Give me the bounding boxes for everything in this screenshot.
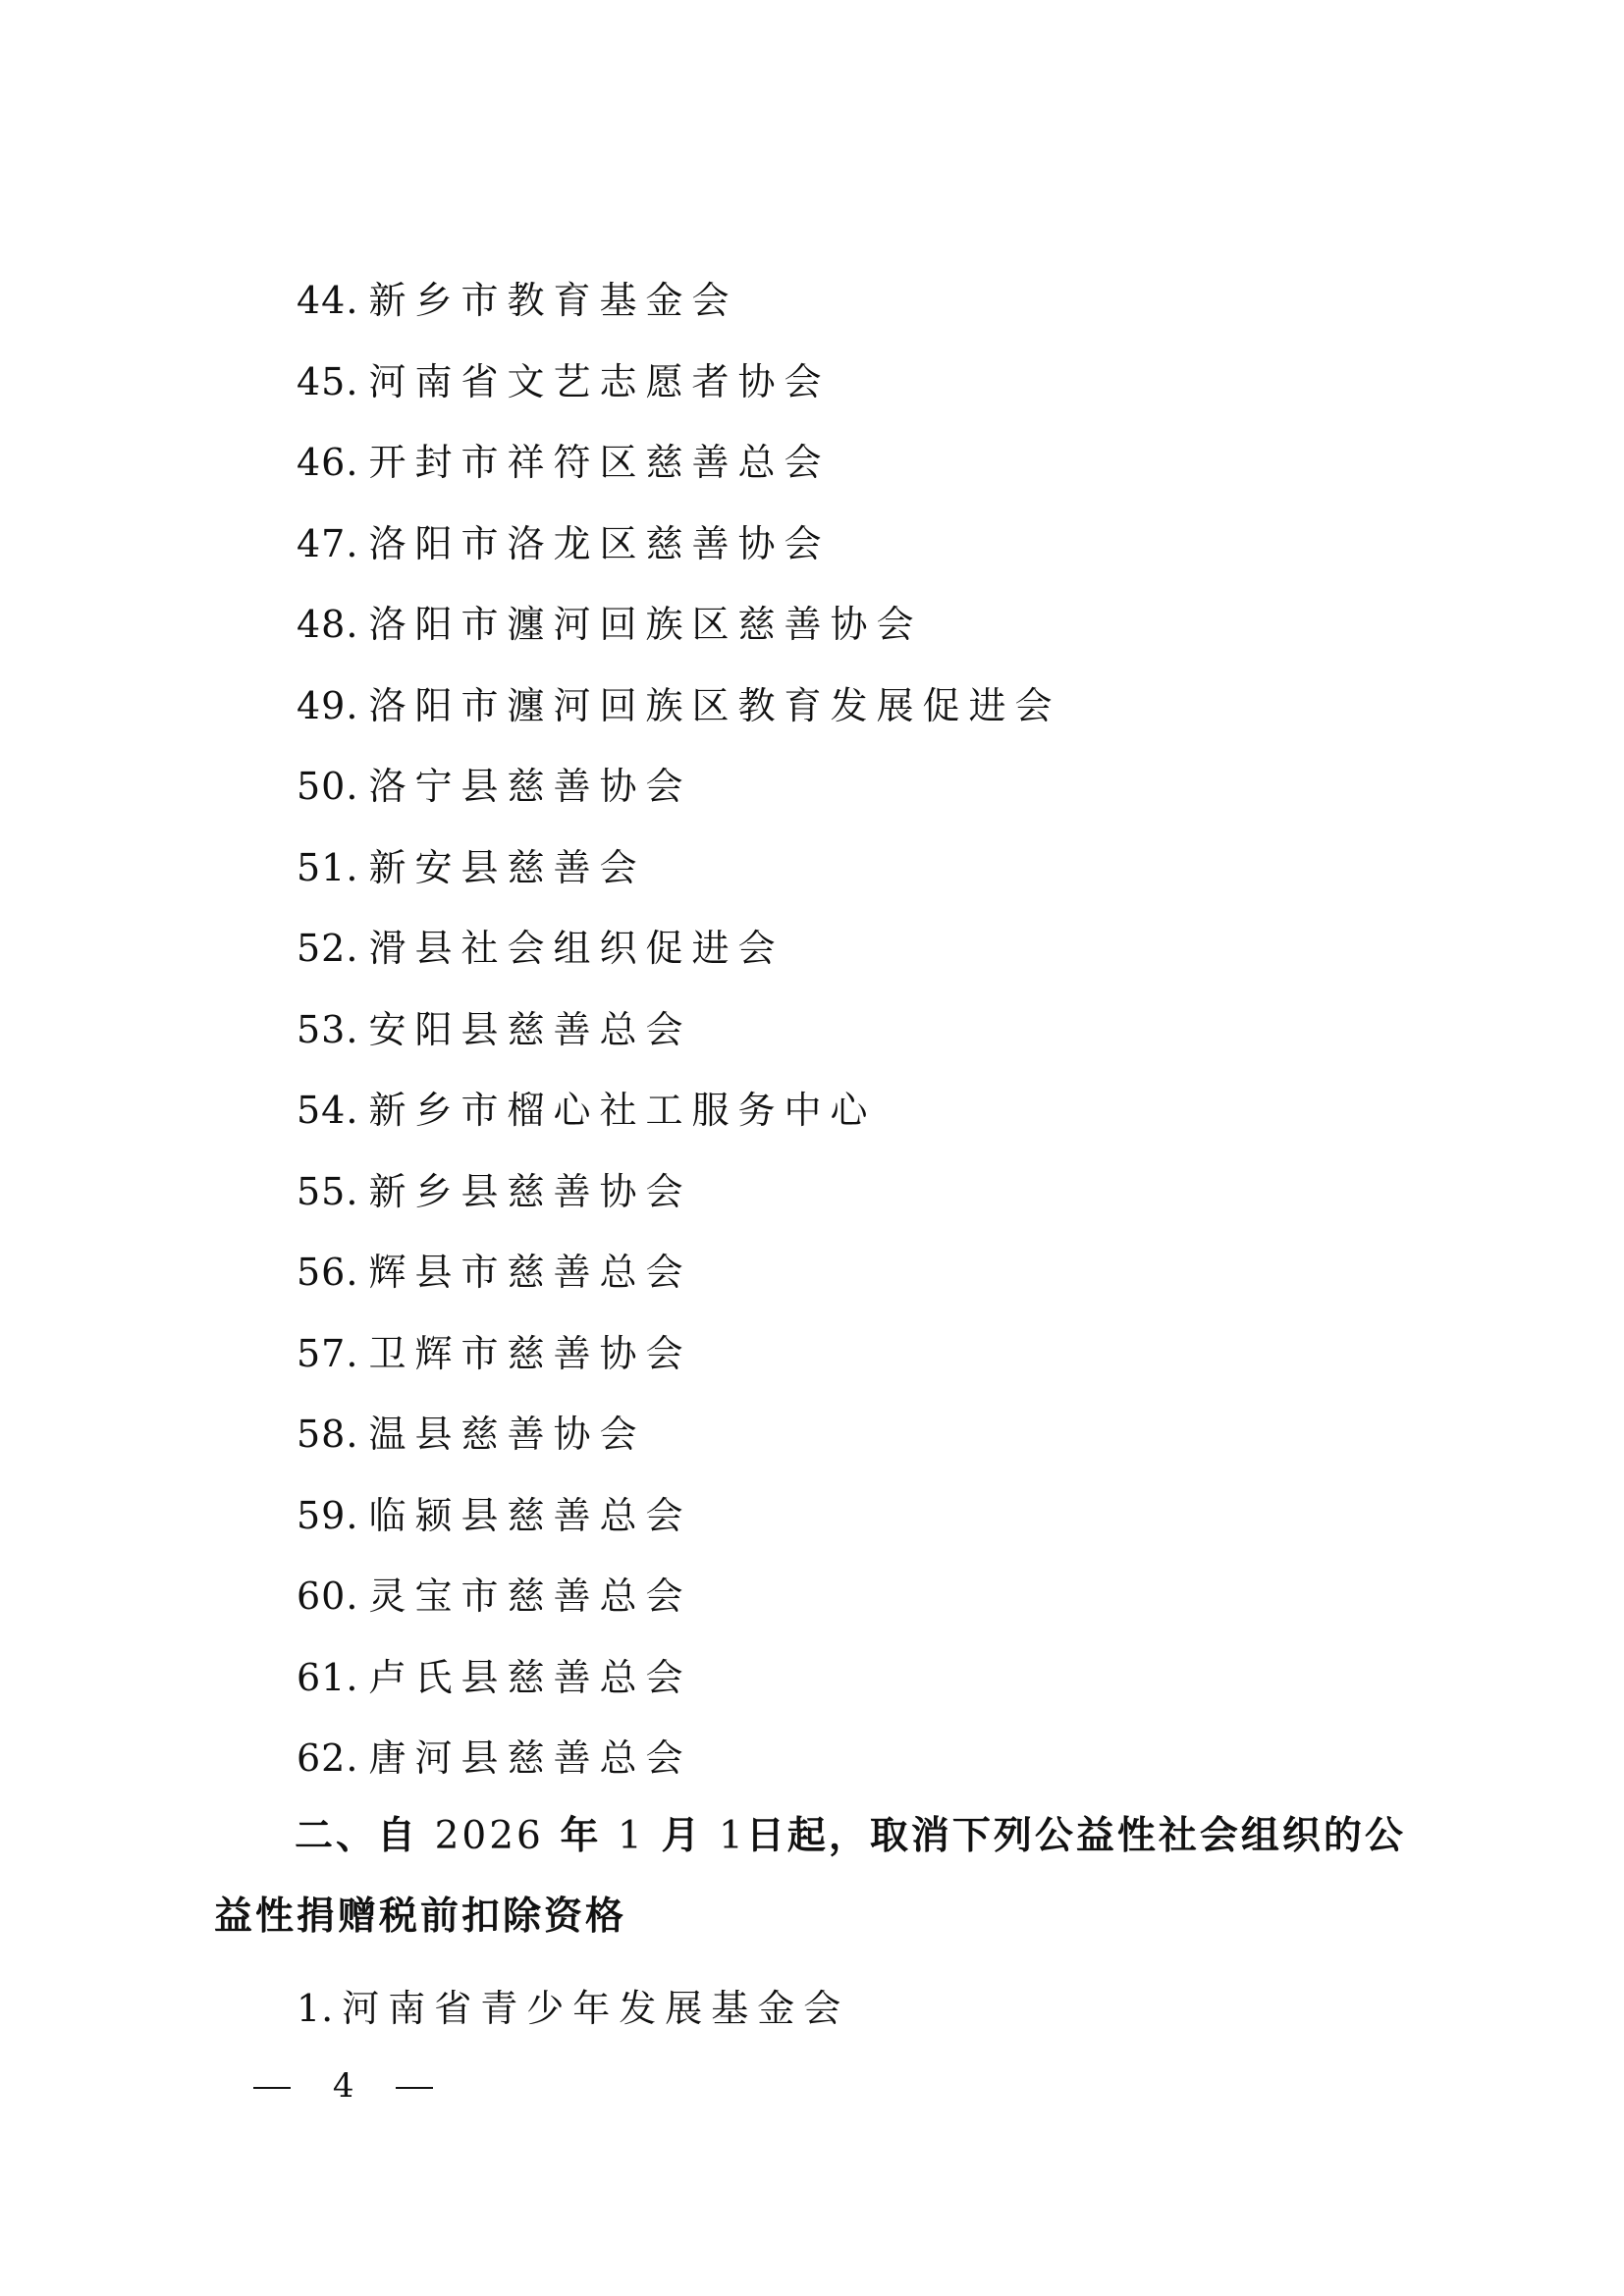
organization-list: 44.新乡市教育基金会45.河南省文艺志愿者协会46.开封市祥符区慈善总会47.…: [297, 271, 1060, 1810]
list-item: 51.新安县慈善会: [297, 838, 1060, 920]
list-item: 46.开封市祥符区慈善总会: [297, 433, 1060, 514]
item-number: 57.: [297, 1332, 358, 1375]
item-number: 45.: [297, 360, 358, 403]
list-item: 48.洛阳市瀍河回族区慈善协会: [297, 595, 1060, 676]
list-item: 57.卫辉市慈善协会: [297, 1324, 1060, 1406]
item-name: 河南省青少年发展基金会: [342, 1987, 849, 2030]
item-number: 49.: [297, 684, 358, 727]
item-number: 44.: [297, 279, 358, 322]
heading-month: 1: [618, 1814, 645, 1858]
item-number: 53.: [297, 1008, 358, 1051]
item-number: 58.: [297, 1413, 358, 1456]
item-name: 灵宝市慈善总会: [368, 1575, 691, 1618]
list-item: 53.安阳县慈善总会: [297, 1000, 1060, 1082]
page-number: 4: [333, 2061, 354, 2110]
item-name: 卫辉市慈善协会: [368, 1332, 691, 1375]
item-number: 46.: [297, 441, 358, 484]
item-name: 新乡市榴心社工服务中心: [368, 1089, 876, 1132]
item-name: 唐河县慈善总会: [368, 1736, 691, 1780]
item-name: 开封市祥符区慈善总会: [368, 441, 830, 484]
list-item: 58.温县慈善协会: [297, 1405, 1060, 1486]
item-name: 卢氏县慈善总会: [368, 1656, 691, 1699]
item-number: 60.: [297, 1575, 358, 1618]
item-number: 48.: [297, 603, 358, 646]
list-item: 45.河南省文艺志愿者协会: [297, 352, 1060, 434]
list-item: 56.辉县市慈善总会: [297, 1243, 1060, 1324]
list-item: 49.洛阳市瀍河回族区教育发展促进会: [297, 676, 1060, 758]
list-item: 50.洛宁县慈善协会: [297, 757, 1060, 838]
item-name: 滑县社会组织促进会: [368, 927, 784, 970]
item-name: 新乡县慈善协会: [368, 1170, 691, 1213]
revoked-list-item: 1.河南省青少年发展基金会: [297, 1979, 849, 2038]
list-item: 55.新乡县慈善协会: [297, 1162, 1060, 1244]
list-item: 47.洛阳市洛龙区慈善协会: [297, 514, 1060, 596]
list-item: 61.卢氏县慈善总会: [297, 1648, 1060, 1730]
heading-year-unit: 年: [560, 1814, 601, 1858]
item-number: 54.: [297, 1089, 358, 1132]
item-name: 洛阳市瀍河回族区慈善协会: [368, 603, 922, 646]
item-number: 47.: [297, 522, 358, 565]
document-page: 44.新乡市教育基金会45.河南省文艺志愿者协会46.开封市祥符区慈善总会47.…: [0, 0, 1624, 2296]
item-number: 61.: [297, 1656, 358, 1699]
item-name: 洛宁县慈善协会: [368, 765, 691, 808]
page-footer: 4: [253, 2061, 433, 2110]
list-item: 60.灵宝市慈善总会: [297, 1567, 1060, 1648]
list-item: 54.新乡市榴心社工服务中心: [297, 1081, 1060, 1162]
item-number: 55.: [297, 1170, 358, 1213]
heading-year: 2026: [435, 1814, 544, 1858]
item-name: 安阳县慈善总会: [368, 1008, 691, 1051]
item-name: 新乡市教育基金会: [368, 279, 737, 322]
list-item: 44.新乡市教育基金会: [297, 271, 1060, 352]
heading-month-unit: 月: [661, 1814, 702, 1858]
dash-left: [253, 2087, 291, 2089]
item-number: 1.: [297, 1987, 334, 2030]
dash-right: [396, 2087, 433, 2089]
list-item: 52.滑县社会组织促进会: [297, 919, 1060, 1000]
item-number: 50.: [297, 765, 358, 808]
item-name: 新安县慈善会: [368, 846, 645, 889]
item-name: 辉县市慈善总会: [368, 1251, 691, 1294]
item-name: 洛阳市洛龙区慈善协会: [368, 522, 830, 565]
item-number: 51.: [297, 846, 358, 889]
list-item: 59.临颍县慈善总会: [297, 1486, 1060, 1568]
item-number: 56.: [297, 1251, 358, 1294]
item-name: 温县慈善协会: [368, 1413, 645, 1456]
item-number: 59.: [297, 1494, 358, 1537]
heading-day: 1: [719, 1814, 746, 1858]
item-number: 62.: [297, 1736, 358, 1780]
item-name: 河南省文艺志愿者协会: [368, 360, 830, 403]
item-number: 52.: [297, 927, 358, 970]
heading-prefix: 二、自: [295, 1814, 418, 1858]
item-name: 洛阳市瀍河回族区教育发展促进会: [368, 684, 1060, 727]
section-heading: 二、自 2026 年 1 月 1日起，取消下列公益性社会组织的公益性捐赠税前扣除…: [214, 1796, 1432, 1957]
item-name: 临颍县慈善总会: [368, 1494, 691, 1537]
